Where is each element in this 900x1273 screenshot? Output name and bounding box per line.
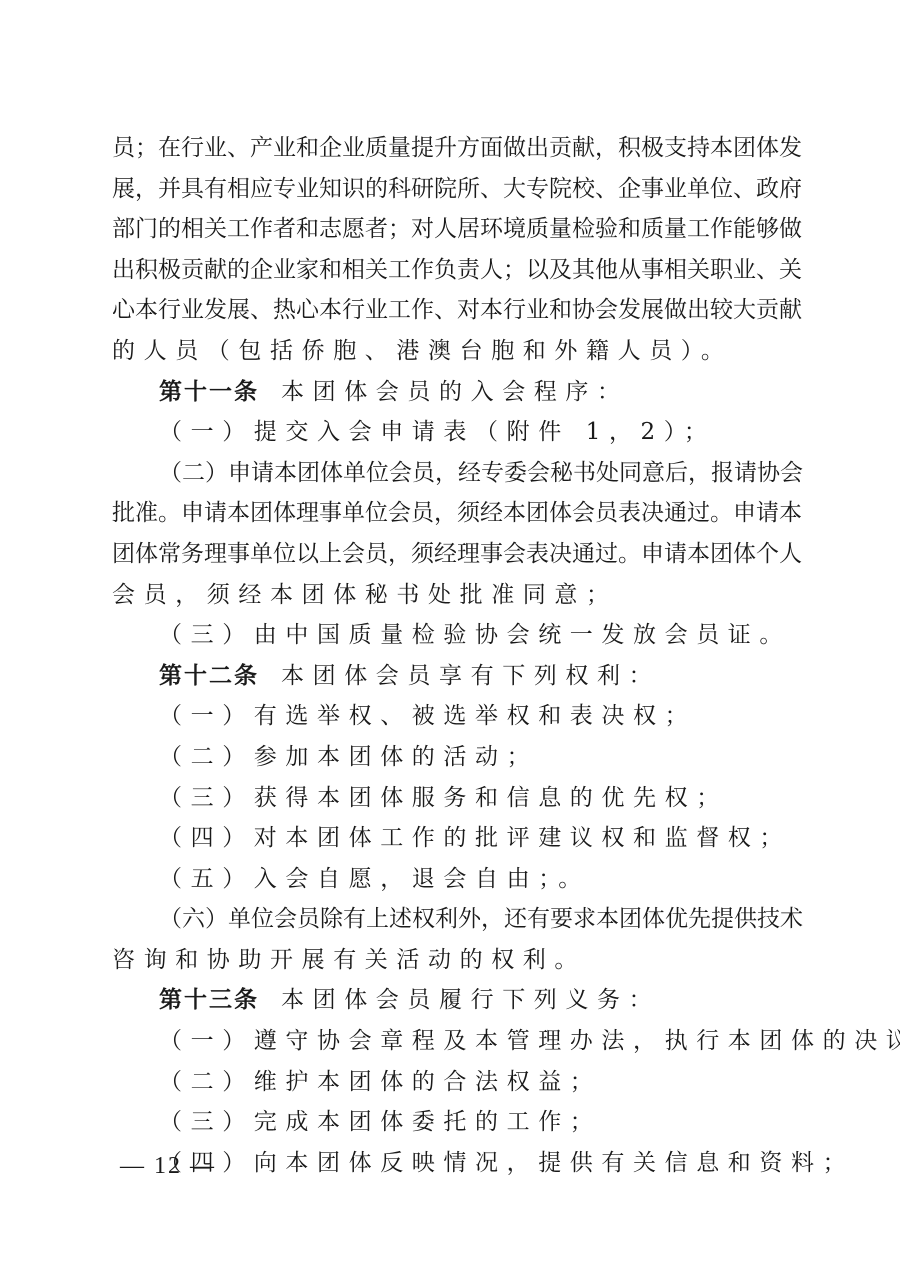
article-12-item-1: （一）有选举权、被选举权和表决权； [112,696,788,737]
article-12-item-2: （二）参加本团体的活动； [112,737,788,778]
article-13-label: 第十三条 [159,987,259,1013]
paragraph-line: 部门的相关工作者和志愿者；对人居环境质量检验和质量工作能够做 [112,209,788,250]
article-11-heading: 第十一条本团体会员的入会程序： [112,372,788,413]
article-13-item-2: （二）维护本团体的合法权益； [112,1062,788,1103]
paragraph-line: 的人员（包括侨胞、港澳台胞和外籍人员）。 [112,331,788,372]
article-12-label: 第十二条 [159,663,259,689]
article-12-item-6: （六）单位会员除有上述权利外，还有要求本团体优先提供技术 [112,899,788,940]
article-12-title: 本团体会员享有下列权利： [281,663,660,689]
article-11-title: 本团体会员的入会程序： [281,379,629,405]
article-12-heading: 第十二条本团体会员享有下列权利： [112,656,788,697]
paragraph-line: 员；在行业、产业和企业质量提升方面做出贡献，积极支持本团体发 [112,128,788,169]
article-13-title: 本团体会员履行下列义务： [281,987,660,1013]
article-12-item-3: （三）获得本团体服务和信息的优先权； [112,778,788,819]
article-12-item-5: （五）入会自愿，退会自由；。 [112,859,788,900]
article-11-item-1: （一）提交入会申请表（附件 1，2）； [112,412,788,453]
article-12-item-4: （四）对本团体工作的批评建议权和监督权； [112,818,788,859]
article-11-item-2: （二）申请本团体单位会员，经专委会秘书处同意后，报请协会 [112,453,788,494]
paragraph-line: 心本行业发展、热心本行业工作、对本行业和协会发展做出较大贡献 [112,290,788,331]
article-11-item-2-cont: 会员，须经本团体秘书处批准同意； [112,575,788,616]
article-11-item-2-cont: 批准。申请本团体理事单位会员，须经本团体会员表决通过。申请本 [112,493,788,534]
page-number: — 12 — [120,1153,216,1180]
article-13-heading: 第十三条本团体会员履行下列义务： [112,980,788,1021]
article-11-item-2-cont: 团体常务理事单位以上会员，须经理事会表决通过。申请本团体个人 [112,534,788,575]
article-12-item-6-cont: 咨询和协助开展有关活动的权利。 [112,940,788,981]
paragraph-line: 展，并具有相应专业知识的科研院所、大专院校、企事业单位、政府 [112,169,788,210]
article-11-label: 第十一条 [159,379,259,405]
document-page: 员；在行业、产业和企业质量提升方面做出贡献，积极支持本团体发 展，并具有相应专业… [112,128,788,1183]
article-11-item-3: （三）由中国质量检验协会统一发放会员证。 [112,615,788,656]
paragraph-line: 出积极贡献的企业家和相关工作负责人；以及其他从事相关职业、关 [112,250,788,291]
article-13-item-1: （一）遵守协会章程及本管理办法，执行本团体的决议； [112,1021,788,1062]
article-13-item-3: （三）完成本团体委托的工作； [112,1102,788,1143]
